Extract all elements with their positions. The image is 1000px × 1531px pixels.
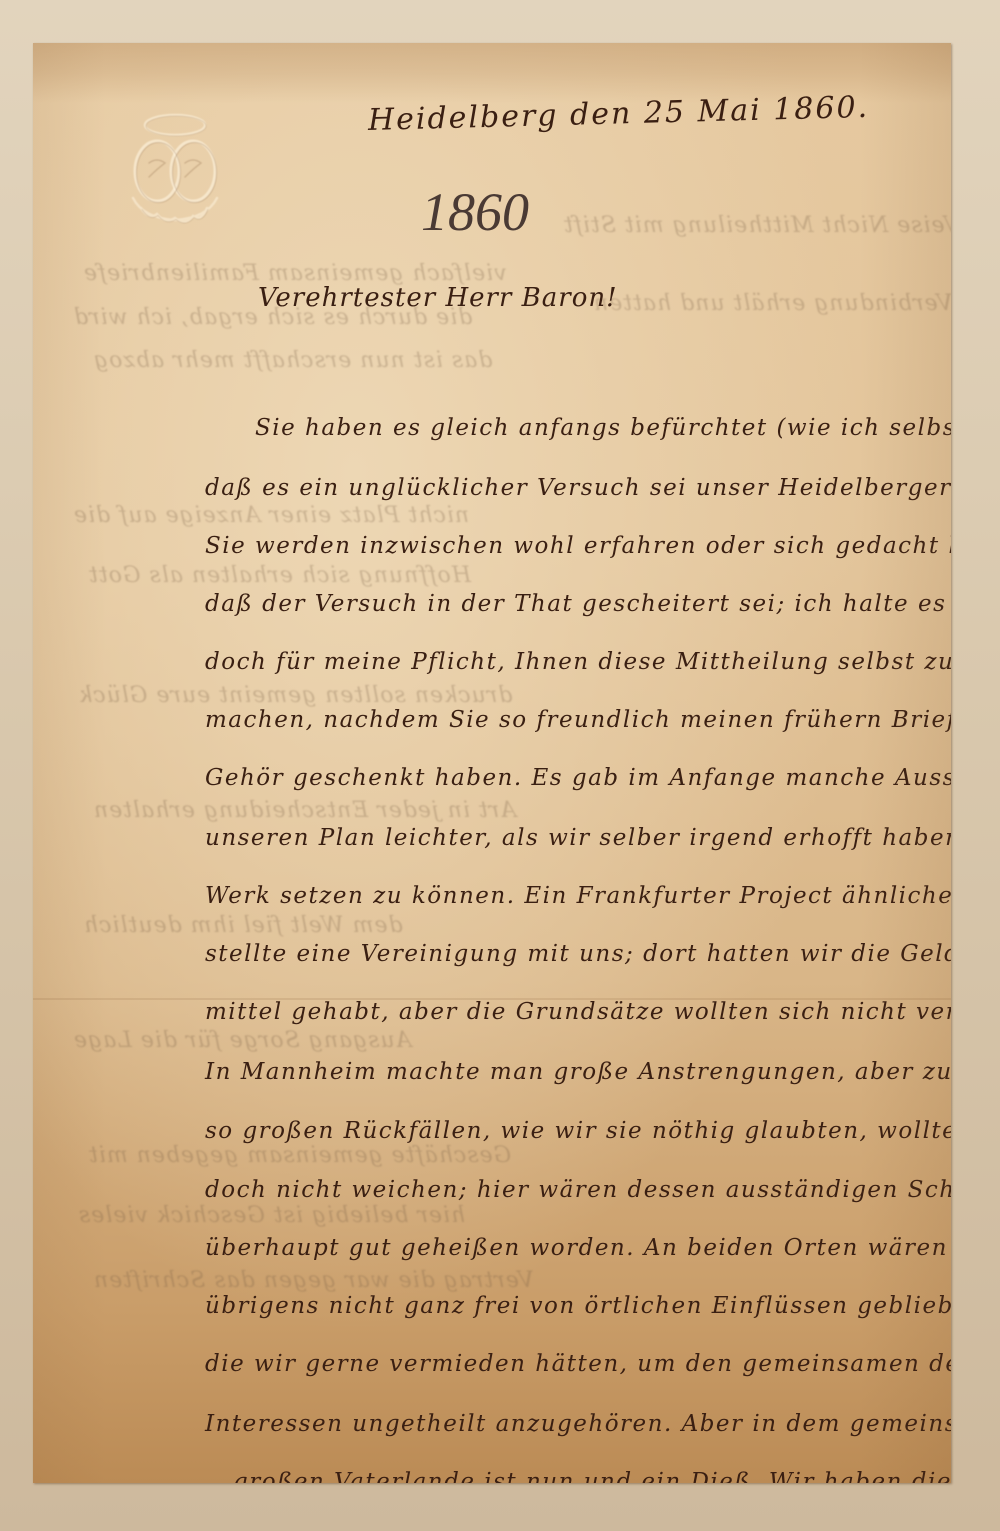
bleed-through-line: Ausgang Sorge für die Lage [73,1028,412,1053]
bleed-through-line: nicht Platz einer Anzeige auf die [73,503,469,528]
bleed-through-line: das ist nun erschafft mehr abzog [93,348,492,373]
bleed-through-line: Hoffnung sich erhalten als Gott [88,563,471,588]
pencil-year-annotation: 1860 [421,181,529,243]
bleed-through-line: eine Verbindung erhält und hatten [593,291,951,316]
embossed-seal-icon [113,103,233,243]
letter-line: stellte eine Vereinigung mit uns; dort h… [205,941,951,967]
letter-line: daß es ein unglücklicher Versuch sei uns… [205,475,951,501]
bleed-through-line: drucken sollten gemeint eure Glück [78,683,512,708]
bleed-through-line: Art in jeder Entscheidung erhalten [93,798,516,823]
bleed-through-line: für die Weise Nicht Mittheilung mit Stif… [563,213,951,238]
salutation: Verehrtester Herr Baron! [258,283,618,313]
letter-sheet: vielfach gemeinsam Familienbriefe die du… [33,43,951,1483]
letter-line: Sie haben es gleich anfangs befürchtet (… [255,415,951,441]
letter-line: mittel gehabt, aber die Grundsätze wollt… [205,999,951,1025]
bleed-through-line: Geschäfte gemeinsam gegeben mit [88,1143,511,1168]
letter-line: überhaupt gut geheißen worden. An beiden… [205,1235,951,1261]
letter-line: doch für meine Pflicht, Ihnen diese Mitt… [205,649,951,675]
letter-line: unseren Plan leichter, als wir selber ir… [205,825,951,851]
letter-line: machen, nachdem Sie so freundlich meinen… [205,707,951,733]
letter-line: Interessen ungetheilt anzugehören. Aber … [205,1411,951,1437]
letter-line: Gehör geschenkt haben. Es gab im Anfange… [205,765,951,791]
ink-bleed-through: vielfach gemeinsam Familienbriefe die du… [33,43,951,1483]
letter-line: die wir gerne vermieden hätten, um den g… [205,1351,951,1377]
letter-line: Sie werden inzwischen wohl erfahren oder… [205,533,951,559]
letter-line: Werk setzen zu können. Ein Frankfurter P… [205,883,951,909]
letter-line: großen Vaterlande ist nun und ein Dieß. … [233,1469,951,1483]
letter-line: übrigens nicht ganz frei von örtlichen E… [205,1293,951,1319]
place-date-line: Heidelberg den 25 Mai 1860. [368,90,870,138]
bleed-through-line: hier beliebig ist Geschick vieles [78,1203,465,1228]
letter-line: doch nicht weichen; hier wären dessen au… [205,1177,951,1203]
letter-line: so großen Rückfällen, wie wir sie nöthig… [205,1118,951,1144]
bleed-through-line: dem Welt fiel ihm deutlich [83,913,403,938]
letter-line: In Mannheim machte man große Anstrengung… [205,1059,951,1085]
letter-line: daß der Versuch in der That gescheitert … [205,591,951,617]
bleed-through-line: Vertrag die war gegen das Schriften [93,1268,534,1293]
